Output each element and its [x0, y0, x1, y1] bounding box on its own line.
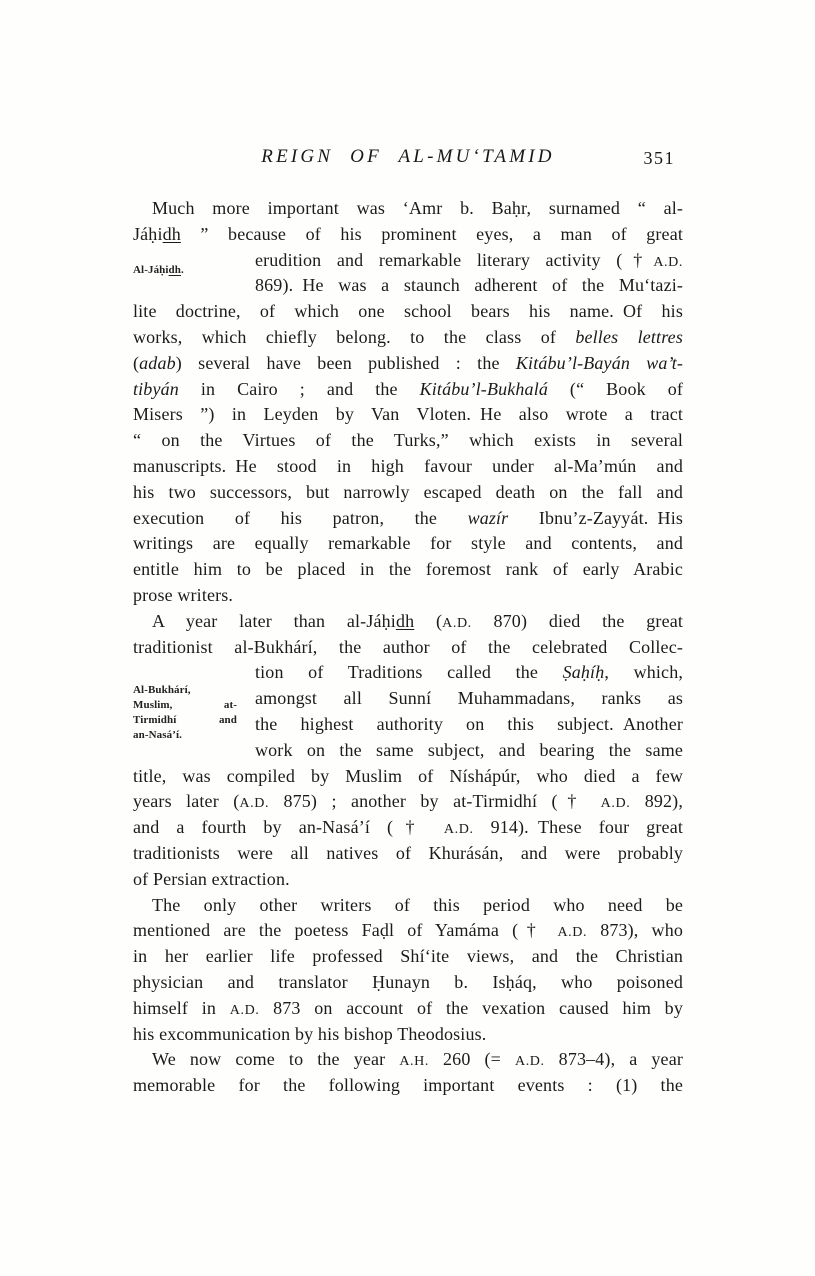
text-line: work on the same subject, and bearing th… [255, 738, 683, 764]
text-line: entitle him to be placed in the foremost… [133, 557, 683, 583]
text-line: We now come to the year A.H. 260 (= A.D.… [133, 1047, 683, 1073]
text-segment: A.D. [442, 615, 472, 631]
text-segment: “ on the Virtues of the Turks,” which ex… [133, 430, 683, 450]
text-line: traditionist al-Bukhárí, the author of t… [133, 635, 683, 661]
text-segment: physician and translator Ḥunayn b. Isḥáq… [133, 972, 683, 992]
text-segment: Tirmidhí and [133, 714, 237, 726]
text-segment: A.H. [399, 1053, 429, 1069]
margin-note-line: Al-Bukhárí, [133, 683, 237, 698]
text-segment: adab [139, 353, 176, 373]
text-segment: The only other writers of this period wh… [152, 895, 683, 915]
text-line: works, which chiefly belong. to the clas… [133, 325, 683, 351]
text-segment: wazír [468, 508, 509, 528]
text-segment: A.D. [557, 924, 587, 940]
book-page: REIGN OF AL-MU‘TAMID 351 Much more impor… [0, 0, 815, 1276]
text-segment: memorable for the following important ev… [133, 1075, 683, 1095]
text-line: Jáḥidh ” because of his prominent eyes, … [133, 222, 683, 248]
text-segment: A.D. [601, 795, 631, 811]
text-segment: A year later than al-Jáḥi [152, 611, 396, 631]
text-segment: A.D. [653, 254, 683, 270]
text-segment: in Cairo ; and the [179, 379, 420, 399]
page-number: 351 [644, 148, 676, 169]
text-line: and a fourth by an-Nasá’í († A.D. 914). … [133, 815, 683, 841]
text-segment: works, which chiefly belong. to the clas… [133, 327, 575, 347]
text-segment: 875) ; another by at-Tirmidhí († [269, 791, 601, 811]
text-segment: dh [169, 264, 181, 276]
text-segment: 892), [630, 791, 683, 811]
text-line: execution of his patron, the wazír Ibnu’… [133, 506, 683, 532]
text-segment: ( [414, 611, 442, 631]
text-segment: manuscripts. He stood in high favour und… [133, 456, 683, 476]
text-segment: A.D. [515, 1053, 545, 1069]
text-segment: of Persian extraction. [133, 869, 290, 889]
margin-note-line: Tirmidhí and [133, 713, 237, 728]
text-segment: writings are equally remarkable for styl… [133, 533, 683, 553]
text-segment: and a fourth by an-Nasá’í († [133, 817, 444, 837]
text-segment: amongst all Sunní Muhammadans, ranks as [255, 688, 683, 708]
text-segment: Muslim, at- [133, 699, 237, 711]
text-line: physician and translator Ḥunayn b. Isḥáq… [133, 970, 683, 996]
running-header-title: REIGN OF AL-MU‘TAMID [133, 146, 683, 168]
margin-note-line: an-Nasá’í. [133, 728, 237, 743]
text-line: manuscripts. He stood in high favour und… [133, 454, 683, 480]
text-line: “ on the Virtues of the Turks,” which ex… [133, 428, 683, 454]
text-line: tion of Traditions called the Ṣaḥíḥ, whi… [255, 660, 683, 686]
text-line: the highest authority on this subject. A… [255, 712, 683, 738]
text-line: amongst all Sunní Muhammadans, ranks as [255, 686, 683, 712]
margin-note: Al-Bukhárí,Muslim, at-Tirmidhí andan-Nas… [133, 683, 237, 743]
text-line: mentioned are the poetess Faḍl of Yamáma… [133, 918, 683, 944]
text-line: traditionists were all natives of Khurás… [133, 841, 683, 867]
text-segment: tibyán [133, 379, 179, 399]
text-line: (adab) several have been published : the… [133, 351, 683, 377]
text-line: of Persian extraction. [133, 867, 683, 893]
text-segment: 870) died the great [472, 611, 683, 631]
text-segment: dh [396, 611, 414, 631]
text-segment: (“ Book of [548, 379, 683, 399]
text-line: prose writers. [133, 583, 683, 609]
text-segment: . [181, 264, 184, 276]
text-segment: entitle him to be placed in the foremost… [133, 559, 683, 579]
text-segment: dh [163, 224, 181, 244]
text-line: himself in A.D. 873 on account of the ve… [133, 996, 683, 1022]
text-segment: Ṣaḥíḥ [563, 662, 605, 682]
text-segment: 914). These four great [474, 817, 683, 837]
text-segment: lite doctrine, of which one school bears… [133, 301, 683, 321]
page-body: Much more important was ‘Amr b. Baḥr, su… [133, 196, 683, 1099]
text-segment: ” because of his prominent eyes, a man o… [181, 224, 683, 244]
text-segment: traditionist al-Bukhárí, the author of t… [133, 637, 683, 657]
text-line: erudition and remarkable literary activi… [255, 248, 683, 274]
text-segment: We now come to the year [152, 1049, 399, 1069]
text-segment: Al-Bukhárí, [133, 684, 191, 696]
text-segment: traditionists were all natives of Khurás… [133, 843, 683, 863]
margin-note-line: Muslim, at- [133, 698, 237, 713]
text-segment: 873–4), a year [545, 1049, 683, 1069]
text-line: memorable for the following important ev… [133, 1073, 683, 1099]
text-segment: erudition and remarkable literary activi… [255, 250, 653, 270]
margin-note-line: Al-Jáḥidh. [133, 263, 237, 278]
text-segment: execution of his patron, the [133, 508, 468, 528]
text-segment: work on the same subject, and bearing th… [255, 740, 683, 760]
text-segment: ) several have been published : the [176, 353, 516, 373]
text-line: writings are equally remarkable for styl… [133, 531, 683, 557]
text-line: Misers ”) in Leyden by Van Vloten. He al… [133, 402, 683, 428]
text-segment: 873), who [587, 920, 683, 940]
text-line: his two successors, but narrowly escaped… [133, 480, 683, 506]
text-segment: belles lettres [575, 327, 683, 347]
text-line: years later (A.D. 875) ; another by at-T… [133, 789, 683, 815]
text-segment: Much more important was ‘Amr b. Baḥr, su… [152, 198, 683, 218]
text-segment: Al-Jáḥi [133, 264, 169, 276]
text-segment: Kitábu’l-Bayán wa’t- [516, 353, 683, 373]
text-line: lite doctrine, of which one school bears… [133, 299, 683, 325]
text-segment: the highest authority on this subject. A… [255, 714, 683, 734]
text-segment: 260 (= [429, 1049, 515, 1069]
text-line: in her earlier life professed Shí‘ite vi… [133, 944, 683, 970]
text-segment: mentioned are the poetess Faḍl of Yamáma… [133, 920, 557, 940]
page-header: REIGN OF AL-MU‘TAMID 351 [133, 146, 683, 172]
text-segment: tion of Traditions called the [255, 662, 563, 682]
text-segment: A.D. [444, 821, 474, 837]
text-segment: an-Nasá’í. [133, 729, 182, 741]
text-segment: Ibnu’z-Zayyát. His [508, 508, 683, 528]
text-segment: Kitábu’l-Bukhalá [420, 379, 548, 399]
text-segment: his two successors, but narrowly escaped… [133, 482, 683, 502]
text-line: tibyán in Cairo ; and the Kitábu’l-Bukha… [133, 377, 683, 403]
text-segment: title, was compiled by Muslim of Níshápú… [133, 766, 683, 786]
text-line: A year later than al-Jáḥidh (A.D. 870) d… [133, 609, 683, 635]
text-segment: Misers ”) in Leyden by Van Vloten. He al… [133, 404, 683, 424]
text-segment: in her earlier life professed Shí‘ite vi… [133, 946, 683, 966]
text-line: 869). He was a staunch adherent of the M… [255, 273, 683, 299]
text-segment: , which, [604, 662, 683, 682]
text-segment: years later ( [133, 791, 239, 811]
text-line: The only other writers of this period wh… [133, 893, 683, 919]
text-segment: prose writers. [133, 585, 233, 605]
margin-note: Al-Jáḥidh. [133, 263, 237, 278]
text-line: title, was compiled by Muslim of Níshápú… [133, 764, 683, 790]
text-segment: himself in [133, 998, 230, 1018]
text-segment: 873 on account of the vexation caused hi… [259, 998, 683, 1018]
text-line: his excommunication by his bishop Theodo… [133, 1022, 683, 1048]
text-segment: Jáḥi [133, 224, 163, 244]
text-line: Much more important was ‘Amr b. Baḥr, su… [133, 196, 683, 222]
text-segment: A.D. [239, 795, 269, 811]
text-segment: A.D. [230, 1002, 260, 1018]
text-segment: his excommunication by his bishop Theodo… [133, 1024, 486, 1044]
text-segment: 869). He was a staunch adherent of the M… [255, 275, 683, 295]
